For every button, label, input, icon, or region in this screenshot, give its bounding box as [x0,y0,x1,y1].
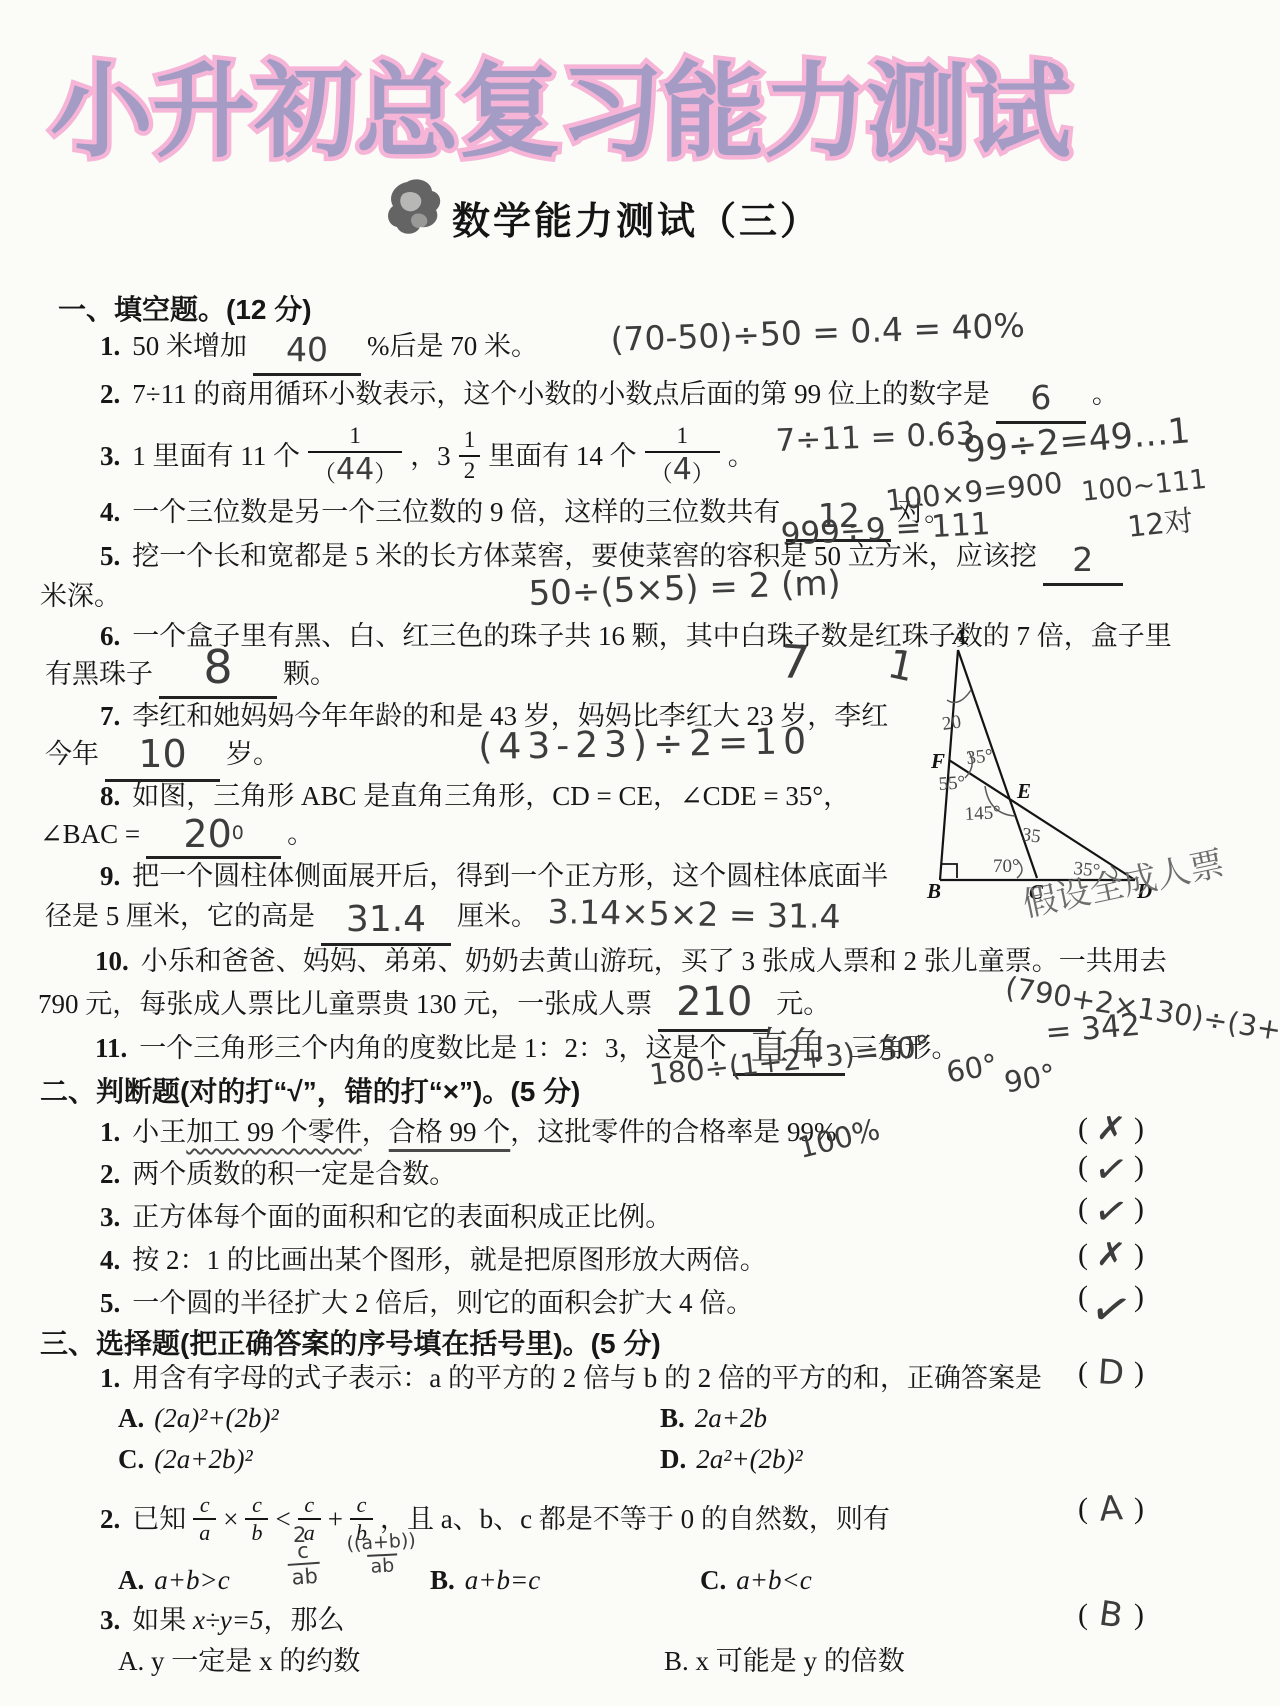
vertex-label-B: B [926,879,941,900]
c2-optB-label: B. [430,1565,455,1595]
c3-option-B: B. x 可能是 y 的倍数 [664,1643,905,1679]
q6-blank: 8 [159,658,277,699]
c3-number: 3. [100,1605,120,1635]
c2-hwf2-den: ab [367,1553,398,1578]
c1-option-B: B.2a+2b [660,1400,767,1436]
c2-f2-num: c [252,1492,262,1518]
choice-q2-stem: 2.已知ca×cb<ca+cb，且 a、b、c 都是不等于 0 的自然数，则有 [100,1492,890,1547]
choice-q3-stem: 3.如果 x÷y=5，那么 [100,1602,345,1638]
q6-answer: 8 [203,640,232,694]
q8-line1: 8.如图，三角形 ABC 是直角三角形，CD = CE，∠CDE = 35°， [100,778,850,814]
right-angle-mark [942,864,957,878]
q10-line2: 790 元，每张成人票比儿童票贵 130 元，一张成人票210元。 [38,986,830,1032]
q11-number: 11. [95,1033,127,1063]
q3-text1: 1 里面有 11 个 [132,438,300,474]
c2-f3-num: c [304,1492,314,1518]
c2-hwf1-den: ab [288,1562,322,1590]
q8-text3: 。 [287,819,314,849]
c2-option-A: A.a+b>c [118,1562,230,1598]
q7-text3: 岁。 [226,739,280,769]
q8-blank: 200 [146,818,281,859]
c2-number: 2. [100,1501,120,1537]
q4-text1: 一个三位数是另一个三位数的 9 倍，这样的三位数共有 [132,497,780,527]
q4-number: 4. [100,497,120,527]
q9-text3: 厘米。 [457,901,538,931]
c2-f4-num: c [357,1492,367,1518]
judgment-item-3: 3.正方体每个面的面积和它的表面积成正比例。 [100,1199,672,1235]
q4-handwriting-4: 12对 [1126,505,1195,544]
c2-option-C: C.a+b<c [700,1562,812,1598]
c3-mark: B [1086,1595,1136,1635]
q3-line: 3.1 里面有 11 个1（44），312里面有 14 个1（4）。 [100,422,755,490]
j1-text3: ，这批零件的合格率是 99% [510,1117,836,1147]
q10-number: 10. [95,946,129,976]
j3-answer-bracket: (✓) [1078,1192,1144,1232]
j1-underlined2: 合格 99 个 [389,1117,511,1147]
c1-paren-close: ) [1134,1356,1144,1390]
c2-option-B: B.a+b=c [430,1562,540,1598]
q5-answer: 2 [1072,540,1093,579]
vertex-label-F: F [930,749,945,773]
c2-stem-text1: 已知 [132,1501,186,1537]
q10-handwriting-3: = 342 [1044,1008,1142,1050]
c1-optD-label: D. [660,1444,686,1474]
c1-option-D: D.2a²+(2b)² [660,1441,803,1477]
c2-frac1: ca [193,1492,216,1547]
q6-text2: 有黑珠子 [45,659,153,689]
ink-stamp-icon [385,176,447,240]
c2-hwf2-num: ((a+b)) [346,1530,416,1555]
c2-operator-times: × [223,1501,238,1537]
section3-heading: 三、选择题(把正确答案的序号填在括号里)。(5 分) [40,1322,661,1362]
q3-text3: 里面有 14 个 [488,438,637,474]
j3-mark: ✓ [1084,1188,1137,1237]
q8-line2: ∠BAC =200。 [40,816,314,859]
q3-f1-answer: 44 [336,452,374,487]
j1-mark: ✗ [1086,1110,1135,1149]
q3-f1-paren-open: （ [313,461,336,486]
s2-handwriting-3: 90° [1002,1059,1058,1099]
hw-angle-E2: 35 [1020,824,1042,847]
c2-f2-den: b [245,1518,268,1546]
c1-option-C: C.(2a+2b)² [118,1441,253,1477]
j4-answer-bracket: (✗) [1078,1238,1144,1272]
q5-text1: 挖一个长和宽都是 5 米的长方体菜窖，要使菜窖的容积是 50 立方米，应该挖 [132,541,1037,571]
q3-fraction2: 12 [459,426,481,486]
j5-text: 一个圆的半径扩大 2 倍后，则它的面积会扩大 4 倍。 [132,1288,753,1318]
c2-optC-label: C. [700,1565,726,1595]
q3-fraction3: 1（4） [645,422,720,490]
q8-text1: 如图，三角形 ABC 是直角三角形，CD = CE，∠CDE = 35°， [132,781,850,811]
q3-f3-denominator: （4） [645,451,720,491]
c3-answer-bracket: (B) [1078,1598,1144,1632]
q4-handwriting-2: 100~111 [1080,465,1208,508]
j3-text: 正方体每个面的面积和它的表面积成正比例。 [132,1202,672,1232]
q3-f1-denominator: （44） [308,451,402,491]
j1-paren-close: ) [1134,1112,1144,1146]
c1-number: 1. [100,1363,120,1393]
q8-answer-degree: 0 [232,822,244,844]
c1-optA-formula: (2a)²+(2b)² [154,1403,278,1433]
s2-handwriting-2: 60° [944,1049,1000,1089]
q3-f3-paren-close: ） [692,461,715,486]
j1-answer-bracket: (✗) [1078,1112,1144,1146]
q3-f3-answer: 4 [673,452,692,487]
q10-answer: 210 [676,979,752,1025]
c2-hw-fraction1: cab [286,1538,322,1590]
q6-text3: 颗。 [283,659,337,689]
hw-angle-C: 70° [993,856,1020,877]
c2-frac2: cb [245,1492,268,1547]
j3-number: 3. [100,1202,120,1232]
q3-f2-denominator: 2 [459,455,481,486]
j1-text2: ， [362,1117,389,1147]
q6-number: 6. [100,621,120,651]
q3-f3-paren-open: （ [650,461,673,486]
q9-answer: 31.4 [346,899,426,940]
q9-blank: 31.4 [321,905,451,946]
q9-text1: 把一个圆柱体侧面展开后，得到一个正方形，这个圆柱体底面半 [132,861,888,891]
vertex-label-A: A [951,628,967,649]
j5-mark: ✓ [1083,1281,1139,1339]
c2-stem-text2: ，且 a、b、c 都是不等于 0 的自然数，则有 [380,1501,890,1537]
q8-number: 8. [100,781,120,811]
c2-operator-lt: < [275,1501,290,1537]
q3-f2-numerator: 1 [464,426,476,455]
subtitle: 数学能力测试（三） [452,190,821,245]
q5-text2: 米深。 [40,581,121,611]
c1-stem-text: 用含有字母的式子表示：a 的平方的 2 倍与 b 的 2 倍的平方的和，正确答案… [132,1363,1042,1393]
q7-text2: 今年 [45,739,99,769]
c2-hw-fraction2: ((a+b))ab [346,1530,418,1579]
q7-number: 7. [100,701,120,731]
q5-handwriting: 50÷(5×5) = 2 (m) [528,565,841,613]
q3-f1-paren-close: ） [374,461,397,486]
c2-f1-den: a [193,1518,216,1546]
c1-optC-formula: (2a+2b)² [154,1444,252,1474]
j1-number: 1. [100,1117,120,1147]
q7-answer: 10 [138,732,186,776]
c3-stem-text2: ，那么 [264,1605,345,1635]
c1-answer-bracket: (D) [1078,1356,1144,1390]
q6-handwriting-1: 7 [778,636,811,689]
c3-option-A: A. y 一定是 x 的约数 [118,1643,360,1679]
q1-number: 1. [100,331,120,361]
c1-mark: D [1087,1354,1135,1391]
hw-angle-F1: 35° [965,745,994,769]
q2-blank: 6 [996,383,1086,424]
c3-stem-formula: x÷y=5 [193,1605,264,1635]
c1-option-A: A.(2a)²+(2b)² [118,1400,279,1436]
q9-handwriting: 3.14×5×2 = 31.4 [547,894,840,935]
hw-angle-E1: 145° [964,802,1001,825]
c2-operator-plus: + [328,1501,343,1537]
q10-text3: 元。 [776,989,830,1019]
q3-f3-numerator: 1 [676,422,688,451]
c1-optA-label: A. [118,1403,144,1433]
j2-mark: ✓ [1085,1146,1137,1193]
j5-answer-bracket: (✓) [1078,1280,1144,1328]
q8-text2: ∠BAC = [40,819,140,849]
c1-optB-label: B. [660,1403,685,1433]
judgment-item-4: 4.按 2：1 的比画出某个图形，就是把原图形放大两倍。 [100,1242,767,1278]
q3-fraction1: 1（44） [308,422,402,490]
c3-stem-text1: 如果 [132,1605,193,1635]
q2-text2: 。 [1092,379,1119,409]
q2-text1: 7÷11 的商用循环小数表示，这个小数的小数点后面的第 99 位上的数字是 [132,379,990,409]
c2-answer-bracket: (A) [1078,1492,1144,1526]
q9-line1: 9.把一个圆柱体侧面展开后，得到一个正方形，这个圆柱体底面半 [100,858,888,894]
q3-text2: ，3 [410,438,451,474]
q5-number: 5. [100,541,120,571]
q2-handwriting-1: 7÷11 = 0.6̇3̇ [775,417,976,458]
choice-q1-stem: 1.用含有字母的式子表示：a 的平方的 2 倍与 b 的 2 倍的平方的和，正确… [100,1360,1042,1396]
q6-line2: 有黑珠子8颗。 [45,656,337,699]
c2-optA-label: A. [118,1565,144,1595]
j4-number: 4. [100,1245,120,1275]
hw-angle-A: 20 [941,712,963,735]
c1-optD-formula: 2a²+(2b)² [696,1444,802,1474]
judgment-item-5: 5.一个圆的半径扩大 2 倍后，则它的面积会扩大 4 倍。 [100,1285,753,1321]
c1-optB-formula: 2a+2b [695,1403,767,1433]
angle-arc-A [947,690,971,702]
q2-number: 2. [100,379,120,409]
c2-optB-formula: a+b=c [465,1565,540,1595]
triangle-figure: A B C D E F 20 35° 55° 145° 35 70° 35° [925,628,1155,900]
judgment-item-2: 2.两个质数的积一定是合数。 [100,1156,456,1192]
j2-number: 2. [100,1159,120,1189]
q9-number: 9. [100,861,120,891]
c2-optC-formula: a+b<c [736,1565,811,1595]
q9-line2: 径是 5 厘米，它的高是31.4厘米。 [45,898,538,946]
banner-text: 小升初总复习能力测试 [50,52,1070,172]
q5-blank: 2 [1043,545,1123,586]
q10-line1: 10.小乐和爸爸、妈妈、弟弟、奶奶去黄山游玩，买了 3 张成人票和 2 张儿童票… [95,943,1167,979]
c1-optC-label: C. [118,1444,144,1474]
q9-text2: 径是 5 厘米，它的高是 [45,901,315,931]
c2-f1-num: c [200,1492,210,1518]
q8-answer: 20 [183,812,231,856]
q1-answer: 40 [286,330,328,369]
q1-line: 1.50 米增加40%后是 70 米。 [100,328,538,376]
q7-blank: 10 [105,741,220,782]
c2-hwf1-num: c [296,1538,309,1563]
j4-paren-close: ) [1134,1238,1144,1272]
q1-text1: 50 米增加 [132,331,247,361]
q1-handwriting: (70-50)÷50 = 0.4 = 40% [610,308,1025,359]
q3-f1-numerator: 1 [349,422,361,451]
c2-paren-close: ) [1134,1492,1144,1526]
q5-line2: 米深。 [40,578,121,614]
q3-number: 3. [100,438,120,474]
judgment-item-1: 1.小王加工 99 个零件，合格 99 个，这批零件的合格率是 99% [100,1114,837,1150]
j2-answer-bracket: (✓) [1078,1150,1144,1190]
q3-text4: 。 [728,438,755,474]
q7-line2: 今年10岁。 [45,736,280,782]
q11-text1: 一个三角形三个内角的度数比是 1：2：3，这是个 [139,1033,726,1063]
vertex-label-E: E [1016,779,1031,803]
j2-text: 两个质数的积一定是合数。 [132,1159,456,1189]
q10-text2: 790 元，每张成人票比儿童票贵 130 元，一张成人票 [38,989,652,1019]
page-title-banner: 小升初总复习能力测试 小升初总复习能力测试 [50,56,1070,169]
q1-text2: %后是 70 米。 [367,331,538,361]
section2-heading: 二、判断题(对的打“√”，错的打“×”)。(5 分) [40,1070,580,1110]
j1-underlined1: 加工 99 个零件 [186,1117,362,1147]
scanned-test-paper: 小升初总复习能力测试 小升初总复习能力测试 数学能力测试（三） 一、填空题。(1… [0,0,1280,1706]
q7-handwriting: (43-23)÷2=10 [478,722,812,767]
q1-blank: 40 [253,335,361,376]
hw-angle-F2: 55° [938,772,966,795]
j5-number: 5. [100,1288,120,1318]
j4-mark: ✗ [1086,1236,1135,1275]
c2-mark: A [1087,1490,1135,1527]
j1-text1: 小王 [132,1117,186,1147]
c2-optA-formula: a+b>c [154,1565,229,1595]
q2-answer: 6 [1030,378,1051,417]
j4-text: 按 2：1 的比画出某个图形，就是把原图形放大两倍。 [132,1245,767,1275]
section1-heading: 一、填空题。(12 分) [58,288,312,328]
